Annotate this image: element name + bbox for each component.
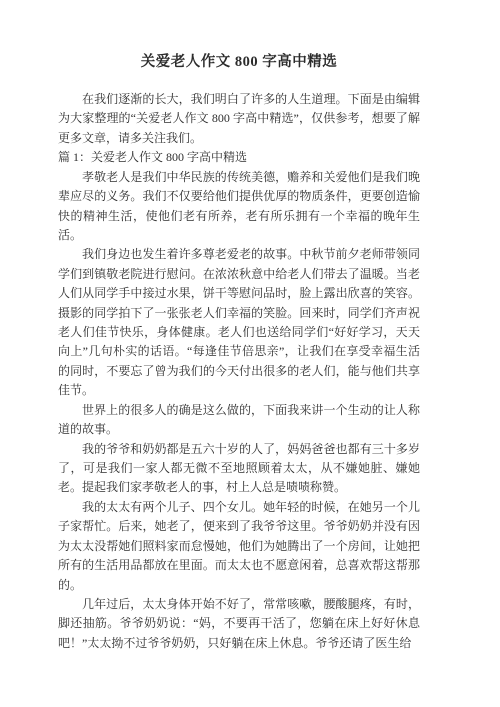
paragraph: 几年过后，太太身体开始不好了，常常咳嗽，腰酸腿疼，有时，脚还抽筋。爷爷奶奶说：“… xyxy=(58,595,420,653)
essay-body: 在我们逐渐的长大，我们明白了许多的人生道理。下面是由编辑为大家整理的“关爱老人作… xyxy=(58,90,420,653)
paragraph: 我的太太有两个儿子、四个女儿。她年轻的时候，在她另一个儿子家帮忙。后来，她老了，… xyxy=(58,498,420,595)
paragraph: 我的爷爷和奶奶都是五六十岁的人了，妈妈爸爸也都有三十多岁了，可是我们一家人都无微… xyxy=(58,440,420,498)
paragraph: 在我们逐渐的长大，我们明白了许多的人生道理。下面是由编辑为大家整理的“关爱老人作… xyxy=(58,90,420,148)
paragraph: 孝敬老人是我们中华民族的传统美德，赡养和关爱他们是我们晚辈应尽的义务。我们不仅要… xyxy=(58,168,420,246)
paragraph: 世界上的很多人的确是这么做的，下面我来讲一个生动的让人称道的故事。 xyxy=(58,401,420,440)
paragraph: 我们身边也发生着许多尊老爱老的故事。中秋节前夕老师带领同学们到镇敬老院进行慰问。… xyxy=(58,245,420,400)
document-title: 关爱老人作文 800 字高中精选 xyxy=(58,52,420,72)
document-page: 关爱老人作文 800 字高中精选 在我们逐渐的长大，我们明白了许多的人生道理。下… xyxy=(0,0,500,707)
section-heading: 篇 1：关爱老人作文 800 字高中精选 xyxy=(58,148,420,167)
